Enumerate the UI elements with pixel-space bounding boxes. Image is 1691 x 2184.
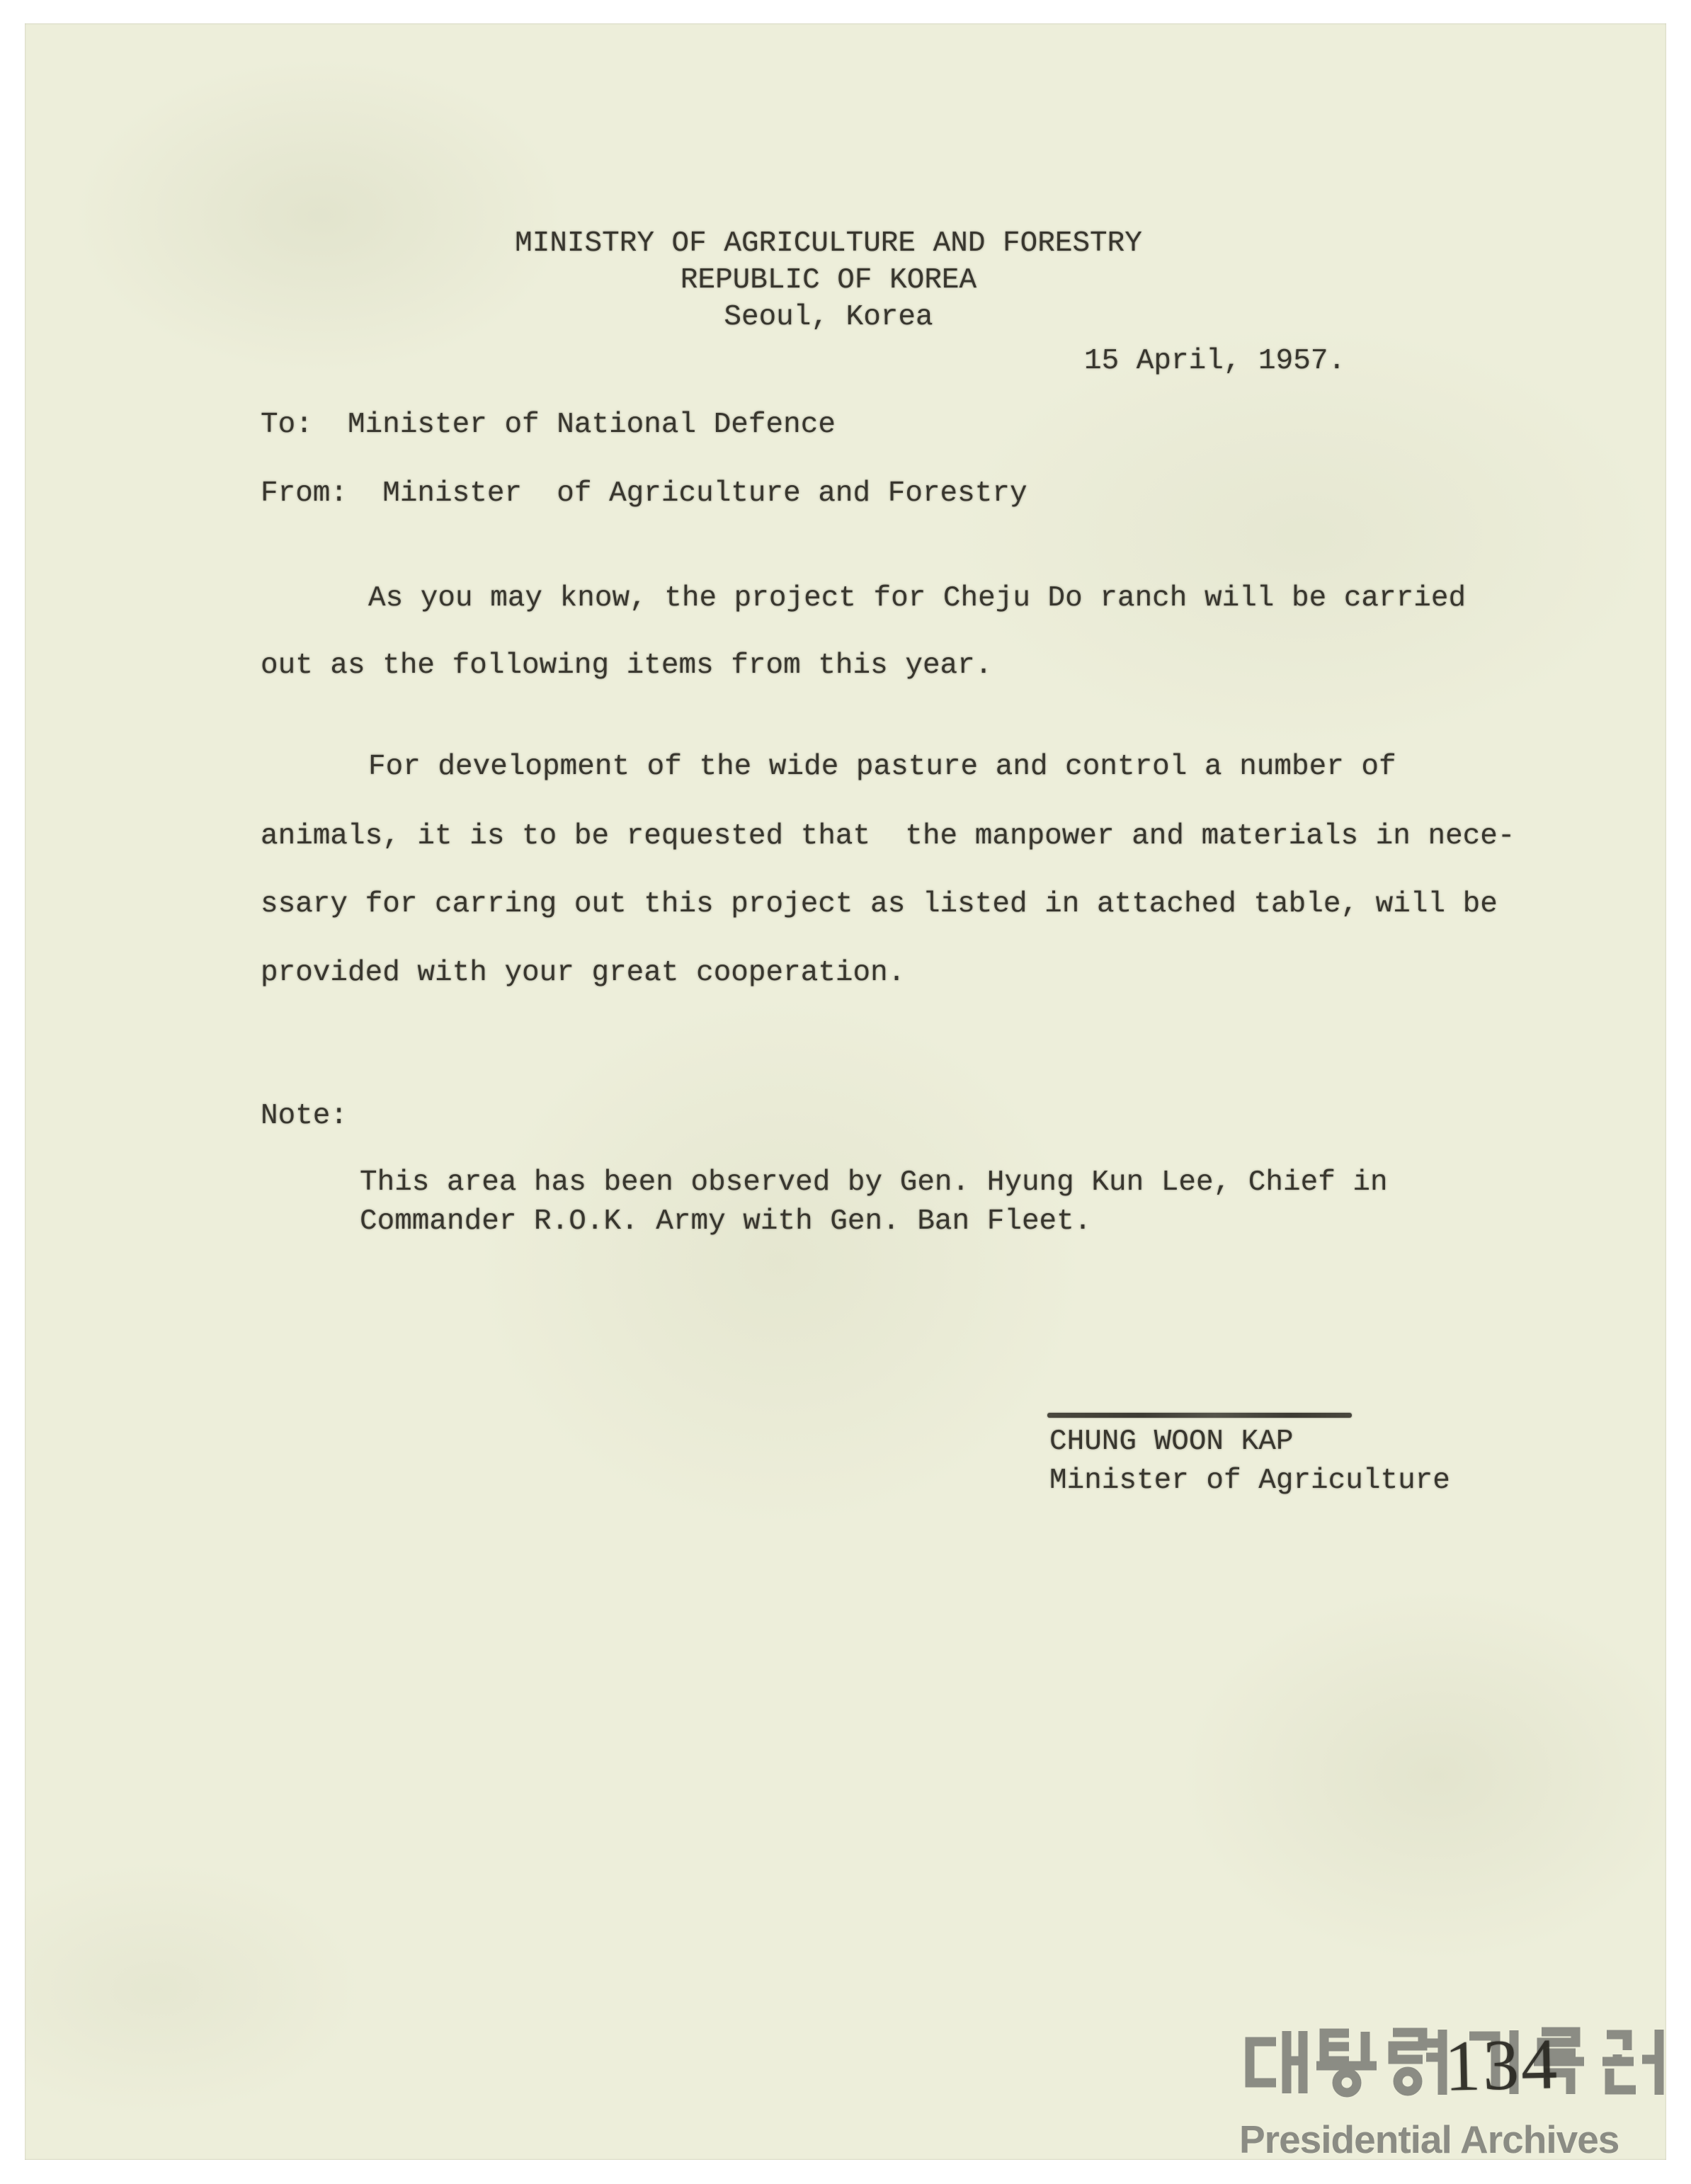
- date-line: 15 April, 1957.: [1084, 347, 1345, 376]
- note-line2: Commander R.O.K. Army with Gen. Ban Flee…: [360, 1207, 1091, 1236]
- paragraph2-line1: For development of the wide pasture and …: [368, 753, 1396, 782]
- to-line: To: Minister of National Defence: [261, 411, 836, 440]
- note-label: Note:: [261, 1102, 348, 1131]
- signature-rule: [1047, 1413, 1352, 1418]
- from-line: From: Minister of Agriculture and Forest…: [261, 479, 1027, 508]
- paragraph2-line4: provided with your great cooperation.: [261, 959, 905, 988]
- hangul-glyph-dae: [1239, 2027, 1310, 2098]
- signatory-name: CHUNG WOON KAP: [1049, 1428, 1293, 1457]
- hangul-glyph-ryeong: [1382, 2027, 1453, 2098]
- signatory-title: Minister of Agriculture: [1049, 1467, 1450, 1496]
- paragraph1-line2: out as the following items from this yea…: [261, 652, 992, 681]
- paragraph1-line1: As you may know, the project for Cheju D…: [368, 584, 1466, 613]
- page-number-stamp: 134: [1444, 2028, 1560, 2103]
- hangul-glyph-gwan: [1597, 2027, 1668, 2098]
- letterhead: MINISTRY OF AGRICULTURE AND FORESTRY REP…: [482, 225, 1175, 336]
- paragraph2-line3: ssary for carring out this project as li…: [261, 890, 1498, 919]
- letterhead-city: Seoul, Korea: [482, 299, 1175, 336]
- paragraph2-line2: animals, it is to be requested that the …: [261, 822, 1515, 851]
- english-watermark: Presidential Archives: [1239, 2120, 1619, 2159]
- letterhead-country: REPUBLIC OF KOREA: [482, 262, 1175, 299]
- scanned-letter-page: MINISTRY OF AGRICULTURE AND FORESTRY REP…: [25, 23, 1666, 2160]
- hangul-glyph-tong: [1311, 2027, 1382, 2098]
- letterhead-ministry: MINISTRY OF AGRICULTURE AND FORESTRY: [482, 225, 1175, 262]
- note-line1: This area has been observed by Gen. Hyun…: [360, 1168, 1388, 1198]
